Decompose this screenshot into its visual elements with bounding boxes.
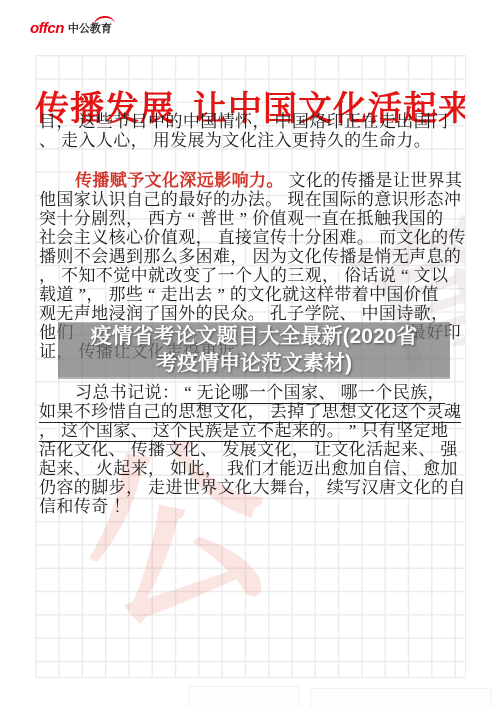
text-segment: 他国家认识自己的最好的办法。 现在国际的意识形态冲: [39, 190, 461, 209]
text-segment: ， 不知不觉中就改变了一个人的三观， 俗话说 “ 文以: [39, 266, 448, 285]
text-segment: ， 这个国家、 这个民族是立不起来的。 ”: [39, 421, 357, 442]
text-line: 播则不会遇到那么多困难， 因为文化传播是悄无声息的: [39, 247, 461, 266]
offcn-swoosh-icon: [92, 15, 115, 28]
text-segment: 如果不珍惜自己的思想文化， 丢掉了思想文化这个灵魂: [39, 402, 461, 423]
text-line: 如果不珍惜自己的思想文化， 丢掉了思想文化这个灵魂: [39, 402, 461, 421]
text-segment: 观无声地浸润了国外的民众。 孔子学院、 中国诗歌，: [39, 304, 449, 323]
faint-artifact-box: [310, 688, 492, 707]
text-segment: “ 无论哪一个国家、 哪一个民族，: [184, 383, 445, 404]
text-segment: 目， 这些节目中的中国情怀， 中国烙印正在走出国门: [39, 112, 449, 131]
text-line: 社会主义核心价值观， 直接宣传十分困难。 而文化的传: [39, 228, 461, 247]
text-line: 活化文化、 传播文化、 发展文化， 让文化活起来、 强: [39, 440, 461, 459]
text-line: 信和传奇 ！: [39, 497, 461, 516]
text-line: 突十分剧烈， 西方 “ 普世 ” 价值观一直在抵触我国的: [39, 209, 461, 228]
text-segment: 载道 ”， 那些 “ 走出去 ” 的文化就这样带着中国价值: [39, 285, 439, 304]
paragraph-intro: 目， 这些节目中的中国情怀， 中国烙印正在走出国门、 走入人心， 用发展为文化注…: [35, 112, 465, 150]
text-line: 观无声地浸润了国外的民众。 孔子学院、 中国诗歌，: [39, 304, 461, 323]
text-line: 习总书记说： “ 无论哪一个国家、 哪一个民族，: [39, 383, 461, 402]
text-segment: 起来、 火起来， 如此， 我们才能迈出愈加自信、 愈加: [39, 459, 458, 478]
text-segment: 突十分剧烈， 西方 “ 普世 ” 价值观一直在抵触我国的: [39, 209, 444, 228]
text-line: 、 走入人心， 用发展为文化注入更持久的生命力。: [39, 131, 461, 150]
seo-overlay-line2: 考疫情申论范文素材): [58, 350, 450, 377]
seo-overlay-line1: 疫情省考论文题目大全最新(2020省: [58, 323, 450, 350]
text-line: ， 这个国家、 这个民族是立不起来的。 ” 只有坚定地: [39, 421, 461, 440]
offcn-logo: offcn 中公教育: [30, 21, 112, 36]
text-line: 目， 这些节目中的中国情怀， 中国烙印正在走出国门: [39, 112, 461, 131]
paragraph-quote-conclusion: 习总书记说： “ 无论哪一个国家、 哪一个民族，如果不珍惜自己的思想文化， 丢掉…: [35, 383, 465, 516]
text-segment: 文化的传播是让世界其: [284, 171, 463, 190]
seo-overlay-banner: 疫情省考论文题目大全最新(2020省 考疫情申论范文素材): [58, 322, 450, 379]
page: offcn 中公教育 育 公 传播发展让中国文化活起来 目， 这些节目中的中国情…: [0, 0, 500, 707]
text-segment: 仍容的脚步， 走进世界文化大舞台， 续写汉唐文化的自: [39, 478, 466, 497]
text-line: 起来、 火起来， 如此， 我们才能迈出愈加自信、 愈加: [39, 459, 461, 478]
offcn-wordmark: offcn: [30, 21, 64, 36]
text-segment: 播则不会遇到那么多困难， 因为文化传播是悄无声息的: [39, 247, 461, 266]
text-line: 传播赋予文化深远影响力。 文化的传播是让世界其: [39, 171, 461, 190]
text-line: ， 不知不觉中就改变了一个人的三观， 俗话说 “ 文以: [39, 266, 461, 285]
inline-heading: 传播赋予文化深远影响力。: [75, 171, 284, 190]
text-segment: 信和传奇 ！: [39, 497, 131, 516]
text-segment: 习总书记说：: [75, 383, 184, 402]
text-segment: 活化文化、 传播文化、 发展文化， 让文化活起来、 强: [39, 440, 458, 459]
text-line: 载道 ”， 那些 “ 走出去 ” 的文化就这样带着中国价值: [39, 285, 461, 304]
text-segment: 社会主义核心价值观， 直接宣传十分困难。 而文化的传: [39, 228, 466, 247]
faint-artifact-box: [188, 686, 300, 707]
text-segment: 只有坚定地: [357, 421, 449, 440]
text-line: 仍容的脚步， 走进世界文化大舞台， 续写汉唐文化的自: [39, 478, 461, 497]
text-line: 他国家认识自己的最好的办法。 现在国际的意识形态冲: [39, 190, 461, 209]
text-segment: 、 走入人心， 用发展为文化注入更持久的生命力。: [39, 131, 431, 150]
